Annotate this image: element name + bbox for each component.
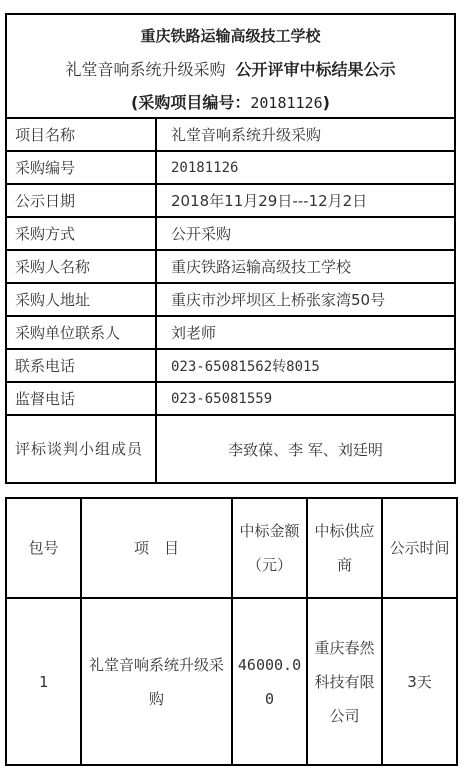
info-row-supervision-phone: 监督电话 023-65081559 [6,382,455,415]
cell-amount: 46000.00 [232,598,307,765]
table-row: 1 礼堂音响系统升级采购 46000.00 重庆春然科技有限公司 3天 [6,598,457,765]
info-label: 联系电话 [6,349,156,382]
project-title: 礼堂音响系统升级采购 [65,60,225,79]
info-table: 项目名称 礼堂音响系统升级采购 采购编号 20181126 公示日期 2018年… [5,117,456,484]
info-value: 023-65081559 [156,382,455,415]
info-row-project-name: 项目名称 礼堂音响系统升级采购 [6,118,455,151]
cell-supplier: 重庆春然科技有限公司 [307,598,382,765]
info-row-contact-phone: 联系电话 023-65081562转8015 [6,349,455,382]
info-row-panel-members: 评标谈判小组成员 李致葆、李 军、刘廷明 [6,415,455,483]
column-header-package-no: 包号 [6,498,81,598]
info-label: 公示日期 [6,184,156,217]
info-label: 评标谈判小组成员 [6,415,156,483]
notice-title: 礼堂音响系统升级采购公开评审中标结果公示 [7,57,454,80]
column-header-duration: 公示时间 [382,498,457,598]
info-value: 公开采购 [156,217,455,250]
info-value: 重庆铁路运输高级技工学校 [156,250,455,283]
info-value: 20181126 [156,151,455,184]
info-value: 2018年11月29日---12月2日 [156,184,455,217]
info-row-procurement-method: 采购方式 公开采购 [6,217,455,250]
info-value: 刘老师 [156,316,455,349]
procurement-notice: 重庆铁路运输高级技工学校 礼堂音响系统升级采购公开评审中标结果公示 (采购项目编… [5,13,456,769]
info-value: 重庆市沙坪坝区上桥张家湾50号 [156,283,455,316]
award-table: 包号 项 目 中标金额（元） 中标供应商 公示时间 1 礼堂音响系统升级采购 4… [5,497,458,766]
school-name: 重庆铁路运输高级技工学校 [7,25,454,46]
column-header-amount: 中标金额（元） [232,498,307,598]
info-label: 采购人地址 [6,283,156,316]
info-row-purchaser-address: 采购人地址 重庆市沙坪坝区上桥张家湾50号 [6,283,455,316]
cell-duration: 3天 [382,598,457,765]
project-number: 20181126 [250,94,322,112]
info-label: 采购单位联系人 [6,316,156,349]
info-row-notice-date: 公示日期 2018年11月29日---12月2日 [6,184,455,217]
column-header-supplier: 中标供应商 [307,498,382,598]
column-header-item: 项 目 [81,498,232,598]
announcement-title: 公开评审中标结果公示 [236,60,396,79]
info-row-purchaser-name: 采购人名称 重庆铁路运输高级技工学校 [6,250,455,283]
info-value: 李致葆、李 军、刘廷明 [156,415,455,483]
project-number-close: ) [323,93,330,112]
project-number-label: (采购项目编号： [131,93,250,112]
cell-item: 礼堂音响系统升级采购 [81,598,232,765]
info-value: 023-65081562转8015 [156,349,455,382]
info-row-contact-person: 采购单位联系人 刘老师 [6,316,455,349]
notice-header: 重庆铁路运输高级技工学校 礼堂音响系统升级采购公开评审中标结果公示 (采购项目编… [5,13,456,118]
info-label: 采购人名称 [6,250,156,283]
info-value: 礼堂音响系统升级采购 [156,118,455,151]
cell-package-no: 1 [6,598,81,765]
info-label: 项目名称 [6,118,156,151]
info-label: 监督电话 [6,382,156,415]
award-table-header: 包号 项 目 中标金额（元） 中标供应商 公示时间 [6,498,457,598]
project-number-line: (采购项目编号：20181126) [7,90,454,113]
info-label: 采购编号 [6,151,156,184]
info-label: 采购方式 [6,217,156,250]
info-row-procurement-no: 采购编号 20181126 [6,151,455,184]
